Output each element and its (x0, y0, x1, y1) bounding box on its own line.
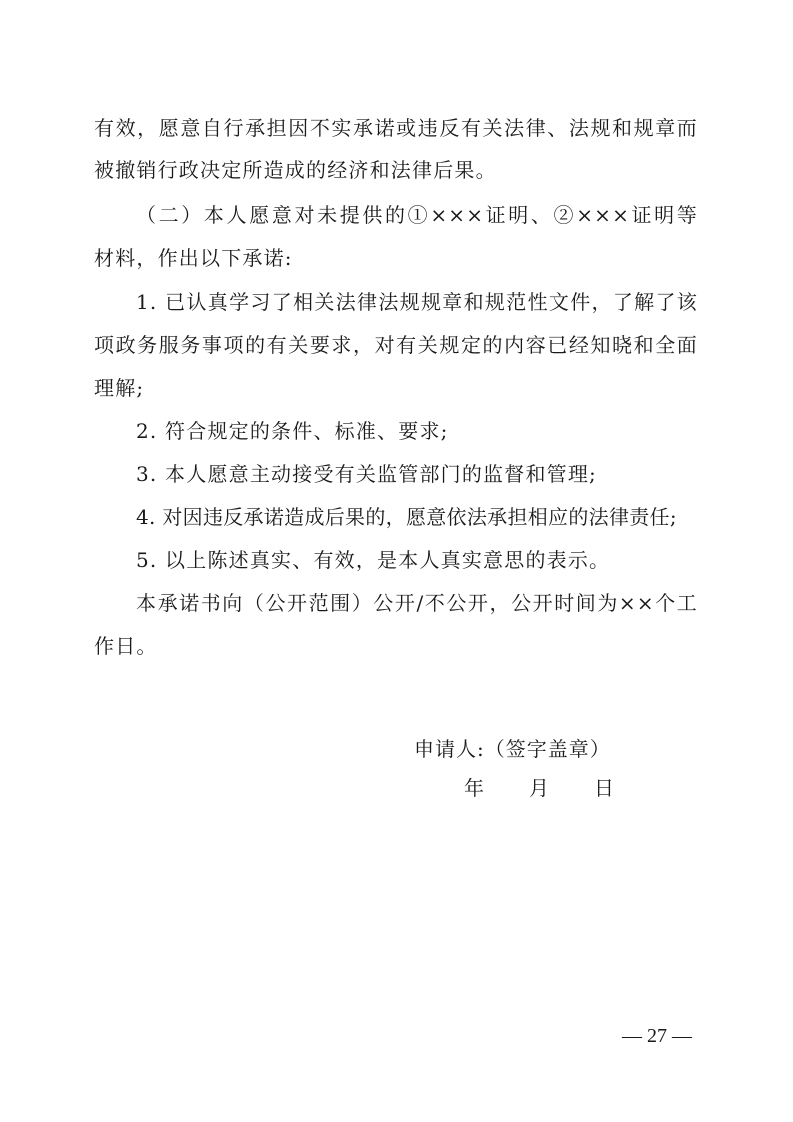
date-month-label: 月 (529, 776, 549, 800)
commitment-item-2: 2. 符合规定的条件、标准、要求; (136, 419, 698, 443)
date-day-label: 日 (594, 776, 614, 800)
commitment-item-4: 4. 对因违反承诺造成后果的，愿意依法承担相应的法律责任; (136, 505, 698, 529)
page-number: — 27 — (622, 1024, 692, 1048)
commitment-item-5: 5. 以上陈述真实、有效，是本人真实意思的表示。 (136, 548, 698, 572)
paragraph-line: 有效，愿意自行承担因不实承诺或违反有关法律、法规和规章而 (94, 116, 698, 140)
section-heading-line: （二）本人愿意对未提供的①×××证明、②×××证明等 (136, 203, 698, 227)
applicant-signature-label: 申请人:（签字盖章） (414, 737, 611, 761)
commitment-item-3: 3. 本人愿意主动接受有关监管部门的监督和管理; (136, 462, 698, 486)
date-year-label: 年 (464, 776, 484, 800)
commitment-item-1: 1. 已认真学习了相关法律法规规章和规范性文件，了解了该 (136, 290, 698, 314)
signature-date: 年 月 日 (464, 776, 614, 800)
disclosure-line: 本承诺书向（公开范围）公开/不公开，公开时间为××个工 (136, 591, 698, 615)
paragraph-line: 被撤销行政决定所造成的经济和法律后果。 (94, 158, 698, 182)
disclosure-line: 作日。 (94, 634, 698, 658)
commitment-item-1-line-2: 项政务服务事项的有关要求，对有关规定的内容已经知晓和全面 (94, 333, 698, 357)
document-page: 有效，愿意自行承担因不实承诺或违反有关法律、法规和规章而 被撤销行政决定所造成的… (0, 0, 793, 1122)
commitment-item-1-line-3: 理解; (94, 376, 698, 400)
section-line: 材料，作出以下承诺: (94, 246, 698, 270)
